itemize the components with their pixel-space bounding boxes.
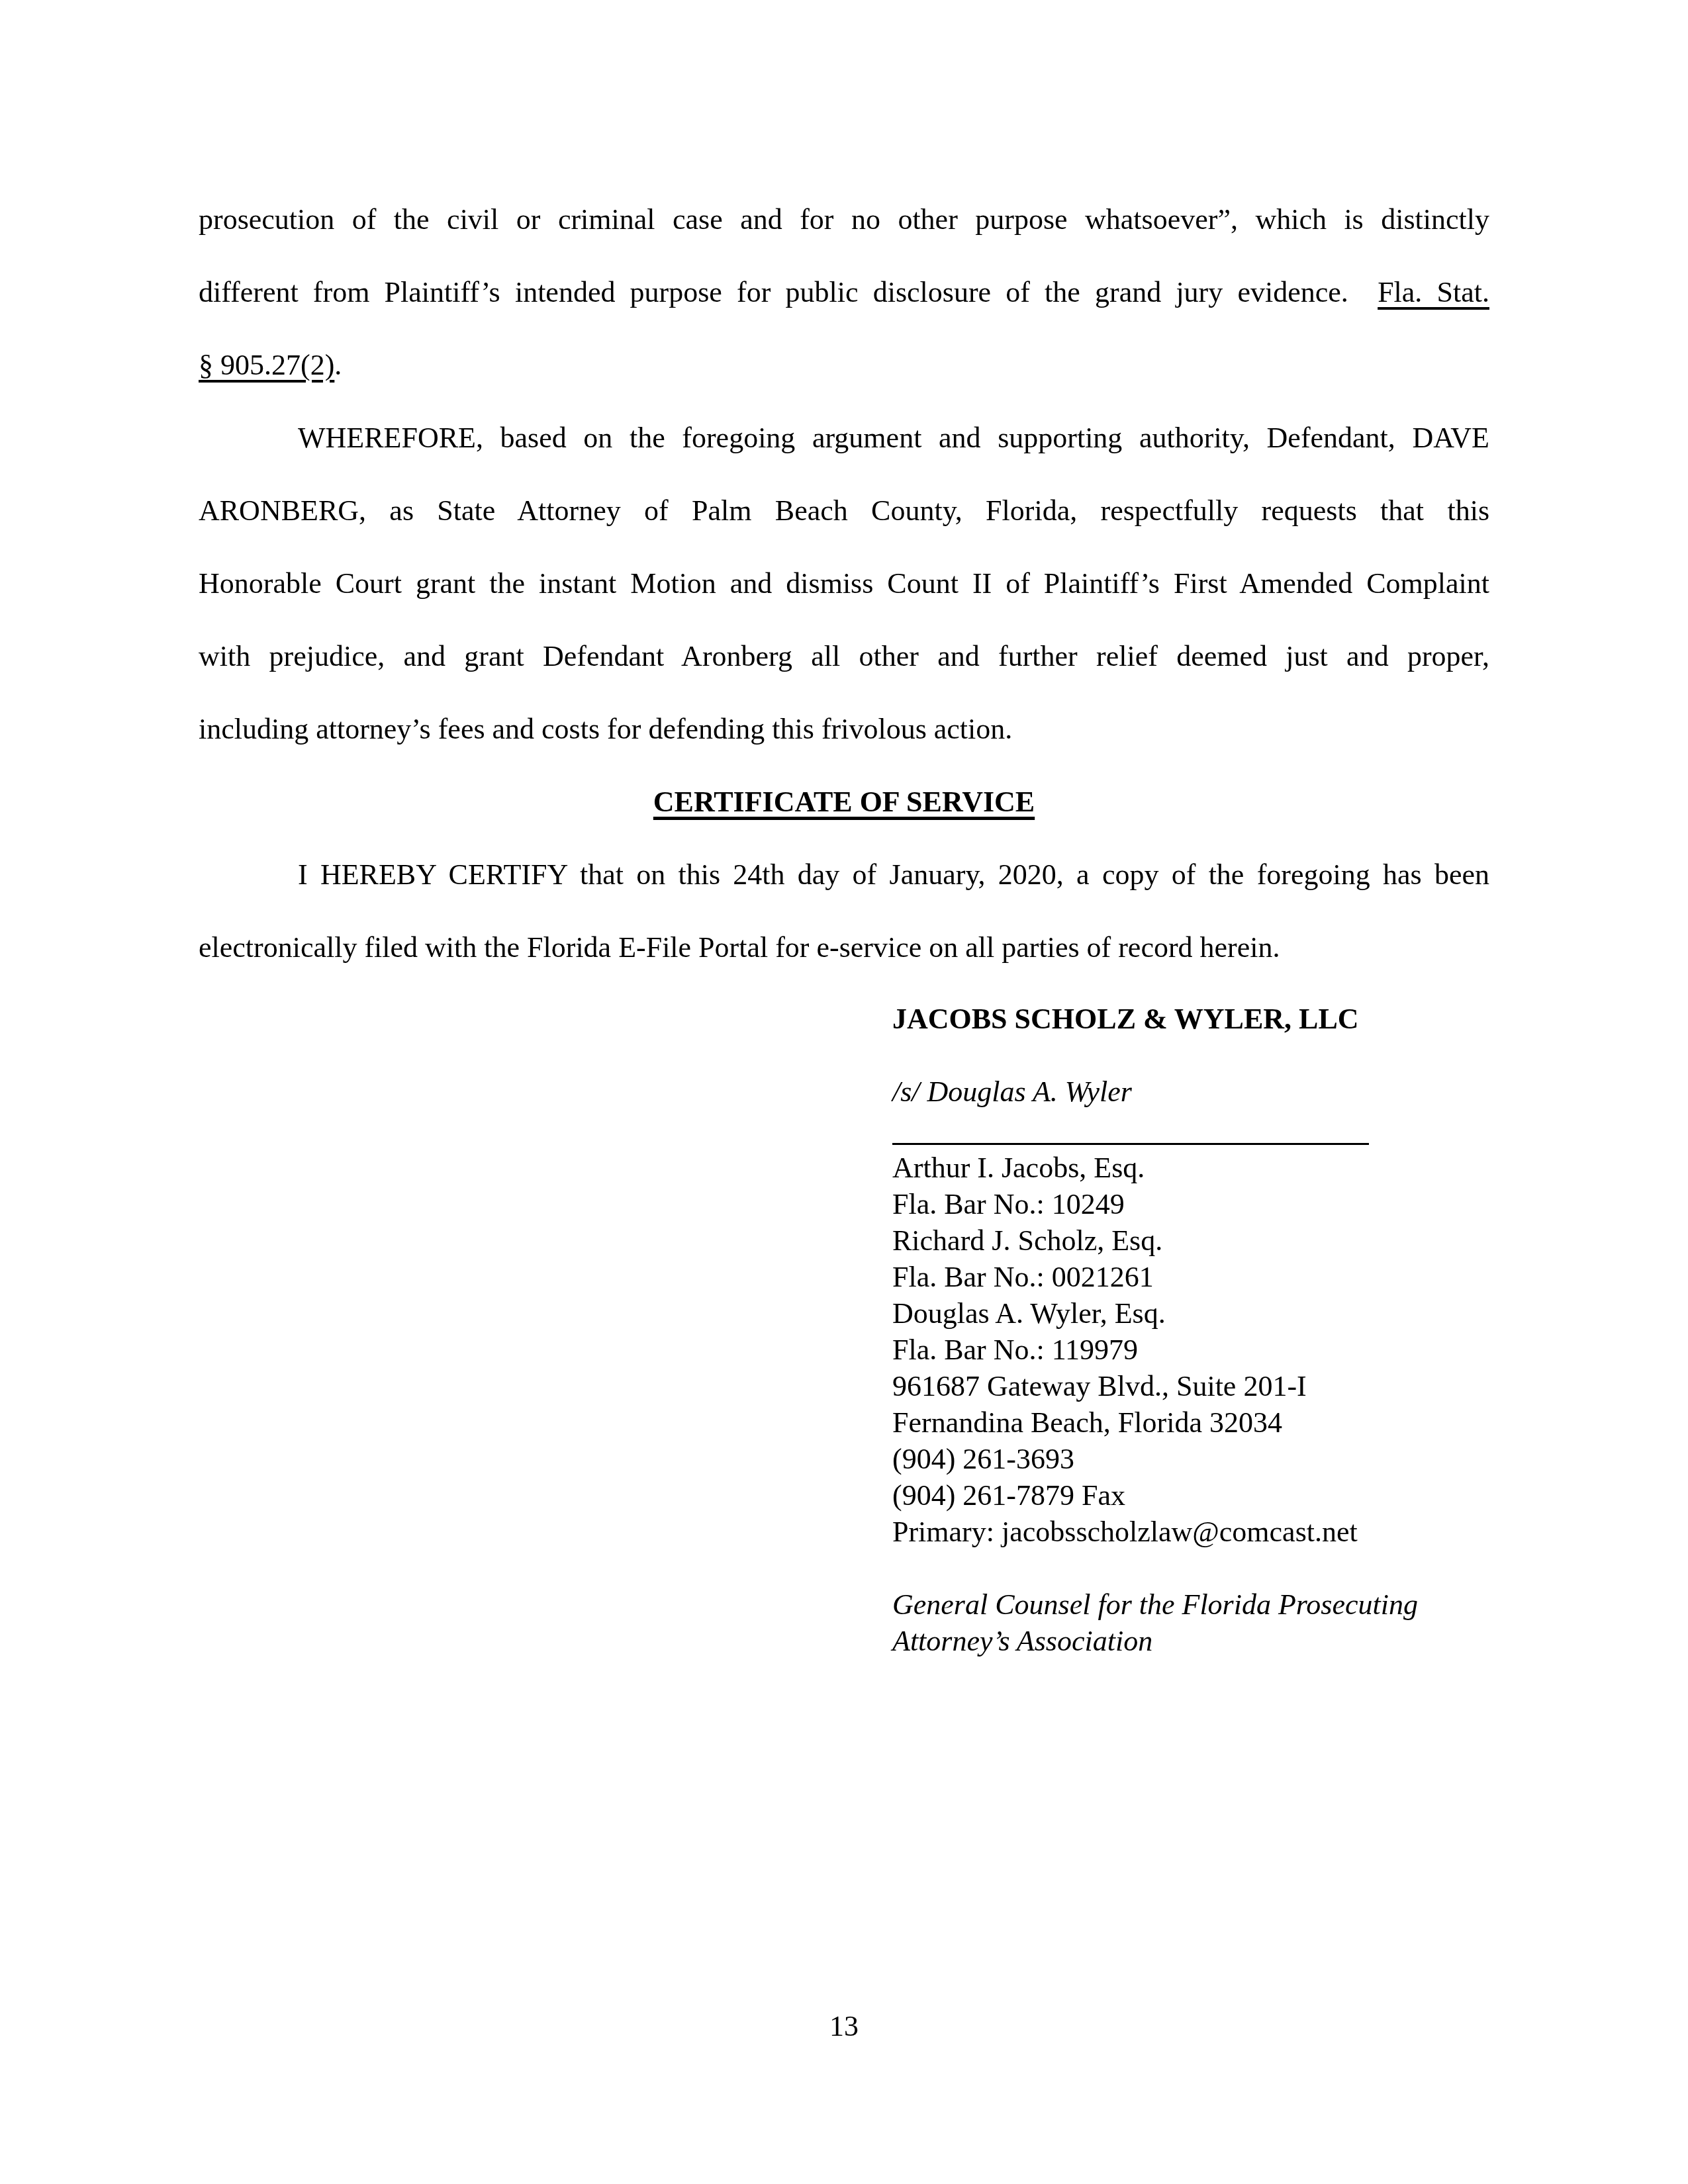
electronic-signature: /s/ Douglas A. Wyler [892, 1073, 1132, 1110]
contact-line: Douglas A. Wyler, Esq. [892, 1295, 1166, 1332]
fax-line: (904) 261-7879 Fax [892, 1477, 1125, 1514]
body-text: different from Plaintiff’s intended purp… [199, 276, 1348, 308]
signature-line [892, 1143, 1369, 1145]
statute-citation: § 905.27(2) [199, 349, 334, 381]
contact-line: Arthur I. Jacobs, Esq. [892, 1150, 1145, 1186]
address-line: Fernandina Beach, Florida 32034 [892, 1404, 1282, 1441]
counsel-role: Attorney’s Association [892, 1623, 1152, 1659]
certificate-heading-text: CERTIFICATE OF SERVICE [653, 786, 1035, 818]
wherefore-line: with prejudice, and grant Defendant Aron… [199, 637, 1489, 676]
body-line: § 905.27(2). [199, 345, 1489, 385]
wherefore-line: Honorable Court grant the instant Motion… [199, 564, 1489, 604]
body-line-with-citation: different from Plaintiff’s intended purp… [199, 273, 1489, 312]
contact-line: Fla. Bar No.: 10249 [892, 1186, 1125, 1222]
address-line: 961687 Gateway Blvd., Suite 201-I [892, 1368, 1307, 1404]
phone-line: (904) 261-3693 [892, 1441, 1074, 1477]
certificate-heading: CERTIFICATE OF SERVICE [0, 782, 1688, 822]
certificate-line: I HEREBY CERTIFY that on this 24th day o… [298, 855, 1489, 895]
wherefore-line: including attorney’s fees and costs for … [199, 709, 1489, 749]
contact-line: Fla. Bar No.: 0021261 [892, 1259, 1154, 1295]
email-line: Primary: jacobsscholzlaw@comcast.net [892, 1514, 1358, 1550]
document-page: prosecution of the civil or criminal cas… [0, 0, 1688, 2184]
counsel-role: General Counsel for the Florida Prosecut… [892, 1586, 1418, 1623]
firm-name: JACOBS SCHOLZ & WYLER, LLC [892, 1001, 1359, 1037]
wherefore-line: WHEREFORE, based on the foregoing argume… [298, 418, 1489, 458]
page-number: 13 [0, 2007, 1688, 2046]
punctuation: . [334, 349, 342, 381]
certificate-line: electronically filed with the Florida E-… [199, 928, 1489, 968]
body-line: prosecution of the civil or criminal cas… [199, 200, 1489, 240]
wherefore-line: ARONBERG, as State Attorney of Palm Beac… [199, 491, 1489, 531]
statute-citation: Fla. Stat. [1378, 276, 1489, 308]
contact-line: Richard J. Scholz, Esq. [892, 1222, 1162, 1259]
contact-line: Fla. Bar No.: 119979 [892, 1332, 1138, 1368]
